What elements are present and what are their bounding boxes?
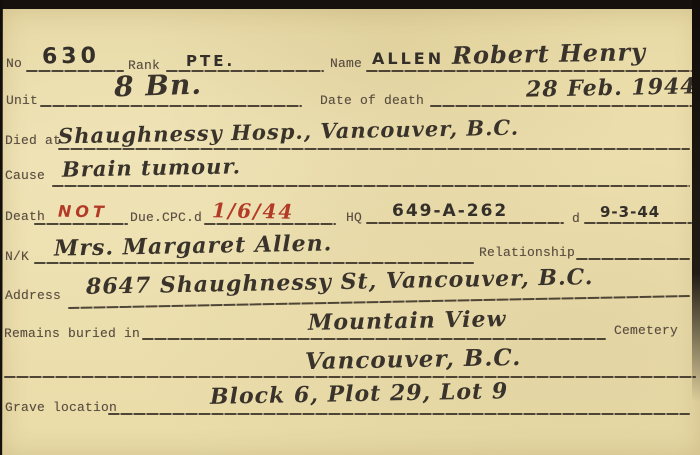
cause-underline (52, 185, 690, 187)
death-not-value: NOT (58, 202, 108, 222)
next-of-kin-value: Mrs. Margaret Allen. (54, 230, 333, 261)
scan-left-edge (0, 0, 3, 455)
unit-label: Unit (6, 93, 38, 108)
cause-label: Cause (5, 168, 45, 183)
name-label: Name (330, 56, 362, 71)
no-underline (26, 70, 124, 72)
address-value: 8647 Shaughnessy St, Vancouver, B.C. (86, 264, 594, 300)
cemetery-name-underline (142, 338, 606, 340)
hq-value: 649-A-262 (392, 201, 508, 221)
grave-location-underline (108, 413, 690, 415)
index-card: No 630 Rank PTE. Name ALLEN Robert Henry… (2, 9, 700, 455)
relationship-label: Relationship (479, 245, 575, 260)
unit-value: 8 Bn. (114, 68, 203, 104)
date-of-death-label: Date of death (320, 93, 424, 108)
date-of-death-underline (430, 105, 692, 107)
death-label: Death (5, 209, 45, 224)
relationship-underline (576, 258, 690, 260)
cause-value: Brain tumour. (62, 153, 241, 181)
cemetery-city-value: Vancouver, B.C. (305, 344, 522, 375)
died-at-label: Died at (5, 133, 61, 148)
name-given-value: Robert Henry (452, 37, 647, 70)
due-cpc-label: Due.CPC.d (130, 210, 202, 225)
grave-location-label: Grave location (5, 400, 117, 415)
cemetery-name-value: Mountain View (308, 306, 507, 336)
d-date-value: 9-3-44 (600, 203, 660, 221)
remains-buried-label: Remains buried in (4, 326, 140, 341)
cemetery-label: Cemetery (614, 323, 678, 338)
cemetery-city-underline (4, 376, 696, 378)
hq-underline (366, 222, 564, 224)
next-of-kin-label: N/K (5, 249, 29, 264)
no-label: No (6, 56, 22, 71)
grave-location-value: Block 6, Plot 29, Lot 9 (210, 378, 509, 410)
due-date-value: 1/6/44 (212, 198, 295, 223)
died-at-value: Shaughnessy Hosp., Vancouver, B.C. (58, 115, 519, 149)
address-label: Address (5, 288, 61, 303)
name-surname-value: ALLEN (372, 49, 444, 68)
scan-right-edge (692, 0, 700, 402)
name-underline (366, 70, 692, 72)
scanned-death-record-card: No 630 Rank PTE. Name ALLEN Robert Henry… (0, 0, 700, 455)
death-underline (34, 223, 128, 225)
d-underline (584, 222, 692, 224)
died-at-underline (58, 148, 690, 150)
hq-label: HQ (346, 210, 362, 225)
no-value: 630 (42, 43, 100, 69)
unit-underline (40, 105, 302, 107)
d-label: d (572, 211, 580, 226)
next-of-kin-underline (34, 262, 474, 264)
date-of-death-value: 28 Feb. 1944 (526, 73, 697, 102)
